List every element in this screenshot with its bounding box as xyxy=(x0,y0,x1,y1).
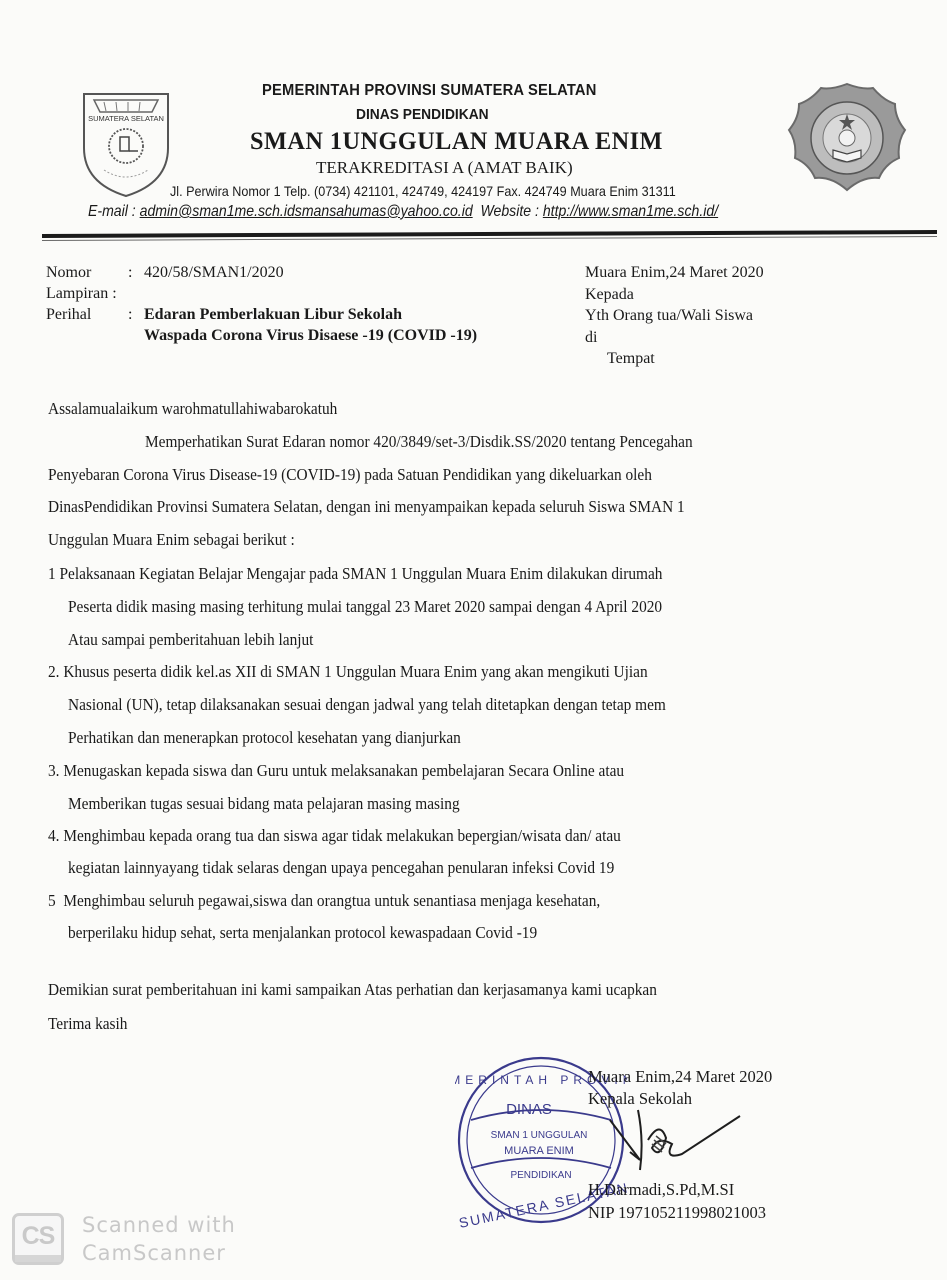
intro-line: Penyebaran Corona Virus Disease-19 (COVI… xyxy=(48,465,652,485)
list-text: Khusus peserta didik kel.as XII di SMAN … xyxy=(63,662,647,681)
list-item-2-cont: Nasional (UN), tetap dilaksanakan sesuai… xyxy=(68,695,666,715)
closing-thanks: Terima kasih xyxy=(48,1014,127,1034)
school-name: SMAN 1UNGGULAN MUARA ENIM xyxy=(250,128,696,156)
nomor-label: Nomor xyxy=(46,262,128,283)
signatory-nip: NIP 197105211998021003 xyxy=(588,1203,766,1223)
signatory-name: H.Darmadi,S.Pd,M.SI xyxy=(588,1180,734,1200)
nomor-row: Nomor : 420/58/SMAN1/2020 xyxy=(46,262,477,283)
svg-text:PENDIDIKAN: PENDIDIKAN xyxy=(510,1170,571,1181)
intro-line: DinasPendidikan Provinsi Sumatera Selata… xyxy=(48,497,685,517)
contact-line: E-mail : admin@sman1me.sch.idsmansahumas… xyxy=(88,203,845,221)
intro-line: Memperhatikan Surat Edaran nomor 420/384… xyxy=(145,432,693,452)
list-text: Menghimbau seluruh pegawai,siswa dan ora… xyxy=(63,891,600,910)
nomor-value: 420/58/SMAN1/2020 xyxy=(144,262,284,283)
camscanner-badge-text: CS xyxy=(15,1222,61,1251)
handwritten-signature-icon xyxy=(600,1100,750,1180)
colon: : xyxy=(128,262,144,283)
list-item-5-cont: berperilaku hidup sehat, serta menjalank… xyxy=(68,923,537,943)
list-item-3: 3. Menugaskan kepada siswa dan Guru untu… xyxy=(48,761,624,781)
svg-text:DINAS: DINAS xyxy=(506,1101,552,1118)
list-item-1-cont: Peserta didik masing masing terhitung mu… xyxy=(68,597,662,617)
letter-date: Muara Enim,24 Maret 2020 xyxy=(585,262,764,284)
list-item-4-cont: kegiatan lainnyayang tidak selaras denga… xyxy=(68,858,614,878)
email-label: E-mail : xyxy=(88,203,140,220)
list-item-1-cont: Atau sampai pemberitahuan lebih lanjut xyxy=(68,630,313,650)
greeting: Assalamualaikum warohmatullahiwabarokatu… xyxy=(48,399,337,419)
list-item-2-cont: Perhatikan dan menerapkan protocol keseh… xyxy=(68,728,461,748)
agency-heading: DINAS PENDIDIKAN xyxy=(356,106,632,123)
accreditation: TERAKREDITASI A (AMAT BAIK) xyxy=(316,158,636,178)
addressee-di: di xyxy=(585,327,764,349)
svg-text:SMAN 1 UNGGULAN: SMAN 1 UNGGULAN xyxy=(491,1130,588,1141)
lampiran-row: Lampiran : xyxy=(46,283,477,304)
list-number: 4. xyxy=(48,826,60,845)
list-text: Menghimbau kepada orang tua dan siswa ag… xyxy=(63,826,620,845)
addressee-tempat: Tempat xyxy=(585,348,764,370)
website-link[interactable]: http://www.sman1me.sch.id/ xyxy=(543,203,718,220)
list-number: 3. xyxy=(48,761,60,780)
badge-bar xyxy=(15,1255,61,1262)
list-text: Pelaksanaan Kegiatan Belajar Mengajar pa… xyxy=(60,564,663,583)
watermark-line-1: Scanned with xyxy=(82,1213,236,1237)
closing-line: Demikian surat pemberitahuan ini kami sa… xyxy=(48,980,657,1000)
government-heading: PEMERINTAH PROVINSI SUMATERA SELATAN xyxy=(262,82,648,100)
svg-text:SUMATERA SELATAN: SUMATERA SELATAN xyxy=(88,114,164,123)
perihal-line-1: Edaran Pemberlakuan Libur Sekolah xyxy=(144,304,402,325)
sumatera-selatan-emblem-icon: SUMATERA SELATAN xyxy=(76,88,176,200)
perihal-label: Perihal xyxy=(46,304,128,325)
list-number: 5 xyxy=(48,891,56,910)
svg-text:MUARA ENIM: MUARA ENIM xyxy=(504,1145,574,1157)
list-item-1: 1 Pelaksanaan Kegiatan Belajar Mengajar … xyxy=(48,564,662,584)
school-crest-icon xyxy=(783,80,911,196)
intro-line: Unggulan Muara Enim sebagai berikut : xyxy=(48,530,295,550)
list-text: Menugaskan kepada siswa dan Guru untuk m… xyxy=(63,761,624,780)
camscanner-logo-icon: CS xyxy=(12,1213,64,1265)
list-number: 1 xyxy=(48,564,56,583)
school-address: Jl. Perwira Nomor 1 Telp. (0734) 421101,… xyxy=(170,183,800,199)
list-number: 2. xyxy=(48,662,60,681)
perihal-row: Perihal : Edaran Pemberlakuan Libur Seko… xyxy=(46,304,477,325)
website-label: Website : xyxy=(480,203,542,220)
signature-date: Muara Enim,24 Maret 2020 xyxy=(588,1067,772,1087)
lampiran-label: Lampiran : xyxy=(46,283,117,304)
letter-meta: Nomor : 420/58/SMAN1/2020 Lampiran : Per… xyxy=(46,262,477,346)
watermark-line-2: CamScanner xyxy=(82,1241,226,1265)
email-link[interactable]: admin@sman1me.sch.idsmansahumas@yahoo.co… xyxy=(140,203,473,220)
list-item-4: 4. Menghimbau kepada orang tua dan siswa… xyxy=(48,826,621,846)
perihal-line-2: Waspada Corona Virus Disaese -19 (COVID … xyxy=(46,325,477,346)
list-item-5: 5 Menghimbau seluruh pegawai,siswa dan o… xyxy=(48,891,600,911)
addressee-to: Kepada xyxy=(585,284,764,306)
list-item-3-cont: Memberikan tugas sesuai bidang mata pela… xyxy=(68,794,460,814)
list-item-2: 2. Khusus peserta didik kel.as XII di SM… xyxy=(48,662,648,682)
addressee-recipient: Yth Orang tua/Wali Siswa xyxy=(585,305,764,327)
addressee-block: Muara Enim,24 Maret 2020 Kepada Yth Oran… xyxy=(585,262,764,370)
colon: : xyxy=(128,304,144,325)
